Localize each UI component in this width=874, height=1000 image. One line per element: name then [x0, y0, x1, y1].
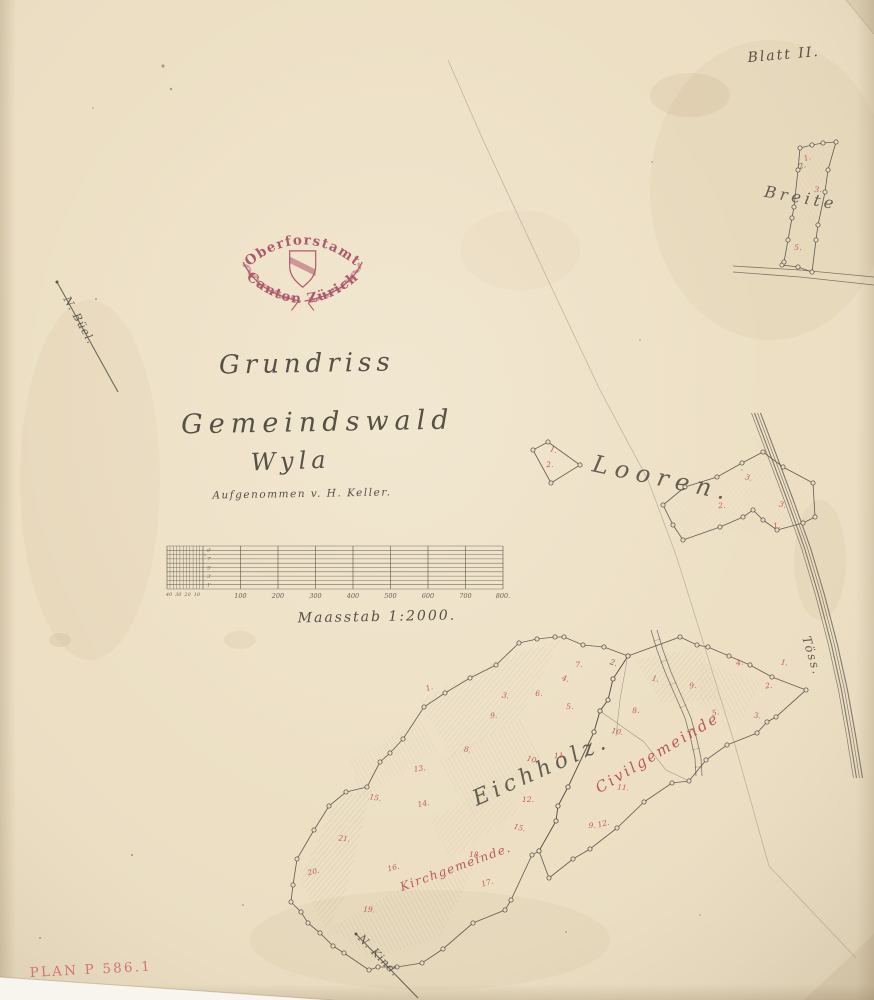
survey-point	[562, 635, 566, 639]
survey-point	[530, 853, 534, 857]
survey-point	[782, 260, 786, 264]
survey-point	[765, 720, 769, 724]
survey-point	[306, 921, 310, 925]
survey-point	[598, 709, 602, 713]
scale-major-label: 700	[459, 592, 471, 600]
survey-point	[295, 857, 299, 861]
survey-point	[367, 968, 371, 972]
survey-point	[678, 635, 682, 639]
survey-point	[821, 141, 825, 145]
parcel-number: 5.	[566, 702, 574, 712]
scale-row-label: 9'	[207, 548, 211, 554]
survey-point	[566, 785, 570, 789]
scale-major-label: 800.	[496, 592, 510, 600]
scale-minor-label: 40	[165, 592, 173, 598]
parcel-number: 9.	[689, 681, 697, 691]
survey-point	[443, 691, 447, 695]
stroke-blob	[56, 281, 59, 284]
survey-point	[611, 677, 615, 681]
scanned-plan-page: 40302010100200300400500600700800.9'7'5'3…	[0, 0, 874, 1000]
scale-major-label: 600	[422, 592, 434, 600]
survey-point	[801, 521, 805, 525]
parcel-number: 9.	[588, 821, 596, 830]
survey-point	[571, 857, 575, 861]
survey-point	[401, 737, 405, 741]
parcel-number: 19.	[363, 905, 376, 915]
scale-major-label: 500	[384, 592, 396, 600]
survey-point	[796, 265, 800, 269]
survey-point	[318, 931, 322, 935]
parcel-number: 11.	[617, 783, 630, 793]
parcel-number: 12.	[522, 795, 534, 804]
survey-point	[554, 819, 558, 823]
survey-point	[761, 450, 765, 454]
parcel-number: 5.	[794, 243, 801, 252]
survey-point	[420, 961, 424, 965]
survey-point	[342, 951, 346, 955]
survey-point	[494, 663, 498, 667]
scale-row-label: 1'	[207, 583, 211, 589]
survey-point	[741, 515, 745, 519]
survey-point	[751, 508, 755, 512]
plan-canvas: 40302010100200300400500600700800.9'7'5'3…	[0, 0, 874, 1000]
survey-point	[718, 525, 722, 529]
survey-point	[781, 465, 785, 469]
survey-point	[503, 908, 507, 912]
survey-point	[687, 779, 691, 783]
parcel-number: 11.	[554, 751, 566, 760]
survey-point	[602, 645, 606, 649]
survey-point	[327, 804, 331, 808]
survey-point	[695, 643, 699, 647]
survey-point	[615, 826, 619, 830]
parcel-number: 1.	[773, 521, 781, 531]
survey-point	[810, 270, 814, 274]
survey-point	[468, 676, 472, 680]
survey-point	[344, 790, 348, 794]
scale-minor-label: 10	[194, 592, 201, 598]
survey-point	[441, 947, 445, 951]
survey-point	[816, 223, 820, 227]
survey-point	[509, 898, 513, 902]
survey-point	[388, 751, 392, 755]
survey-point	[774, 715, 778, 719]
stroke-blob	[355, 933, 358, 936]
survey-point	[834, 140, 838, 144]
parcel-number: 6.	[535, 689, 543, 698]
survey-point	[826, 168, 830, 172]
survey-point	[547, 876, 551, 880]
parcel-number: 2.	[545, 460, 554, 469]
survey-point	[606, 698, 610, 702]
survey-point	[517, 641, 521, 645]
scale-major-label: 200	[271, 592, 284, 600]
survey-point	[755, 731, 759, 735]
survey-point	[706, 645, 710, 649]
survey-point	[681, 538, 685, 542]
parcel-number: 2.	[717, 501, 726, 511]
survey-point	[378, 760, 382, 764]
survey-point	[531, 448, 535, 452]
parcel-number: 1.	[780, 658, 788, 668]
parcel-number: 18.	[469, 850, 481, 859]
scale-minor-label: 20	[183, 592, 191, 598]
title-grundriss: Grundriss	[219, 347, 395, 380]
survey-point	[770, 675, 774, 679]
scale-minor-label: 30	[175, 592, 182, 598]
survey-point	[471, 921, 475, 925]
survey-point	[670, 781, 674, 785]
survey-point	[642, 800, 646, 804]
scale-caption: Maasstab 1:2000.	[297, 608, 457, 627]
parcel-number: 9.	[490, 711, 498, 721]
survey-point	[578, 463, 582, 467]
parcel-number: 3.	[814, 185, 821, 194]
survey-point	[312, 828, 316, 832]
survey-point	[804, 688, 808, 692]
scale-major-label: 300	[309, 592, 321, 600]
survey-point	[291, 883, 295, 887]
survey-point	[810, 143, 814, 147]
survey-point	[626, 654, 630, 658]
scale-row-label: 5'	[207, 565, 211, 571]
survey-point	[553, 635, 557, 639]
parcel-number: 21.	[337, 833, 351, 843]
scale-row-label: 3'	[207, 574, 211, 580]
survey-point	[299, 910, 303, 914]
survey-point	[546, 440, 550, 444]
survey-point	[289, 900, 293, 904]
parcel-number: 15.	[369, 792, 382, 803]
parcel-number: 4.	[734, 657, 744, 667]
parcel-number: 8.	[632, 706, 640, 715]
survey-point	[704, 758, 708, 762]
survey-point	[748, 663, 752, 667]
survey-point	[422, 705, 426, 709]
survey-point	[790, 216, 794, 220]
survey-point	[535, 637, 539, 641]
survey-point	[814, 238, 818, 242]
scale-major-label: 400	[346, 592, 359, 600]
survey-point	[331, 944, 335, 948]
survey-point	[740, 461, 744, 465]
survey-point	[725, 743, 729, 747]
survey-point	[365, 785, 369, 789]
scale-major-label: 100	[234, 592, 246, 600]
survey-point	[661, 503, 665, 507]
survey-point	[811, 481, 815, 485]
survey-point	[556, 804, 560, 808]
scale-row-label: 7'	[207, 557, 211, 563]
survey-point	[671, 523, 675, 527]
title-gemeindswald: Gemeindswald	[181, 405, 455, 441]
survey-point	[761, 518, 765, 522]
parcel-number: 7.	[575, 660, 582, 669]
survey-point	[537, 849, 541, 853]
survey-point	[798, 146, 802, 150]
survey-point	[549, 481, 553, 485]
survey-point	[727, 654, 731, 658]
parcel-number: 3.	[753, 711, 761, 721]
title-wyla: Wyla	[250, 446, 331, 477]
survey-point	[588, 847, 592, 851]
parcel-number: 13.	[413, 763, 426, 774]
survey-point	[786, 238, 790, 242]
parcel-number: 2.	[763, 681, 772, 691]
survey-point	[581, 643, 585, 647]
survey-point	[813, 515, 817, 519]
